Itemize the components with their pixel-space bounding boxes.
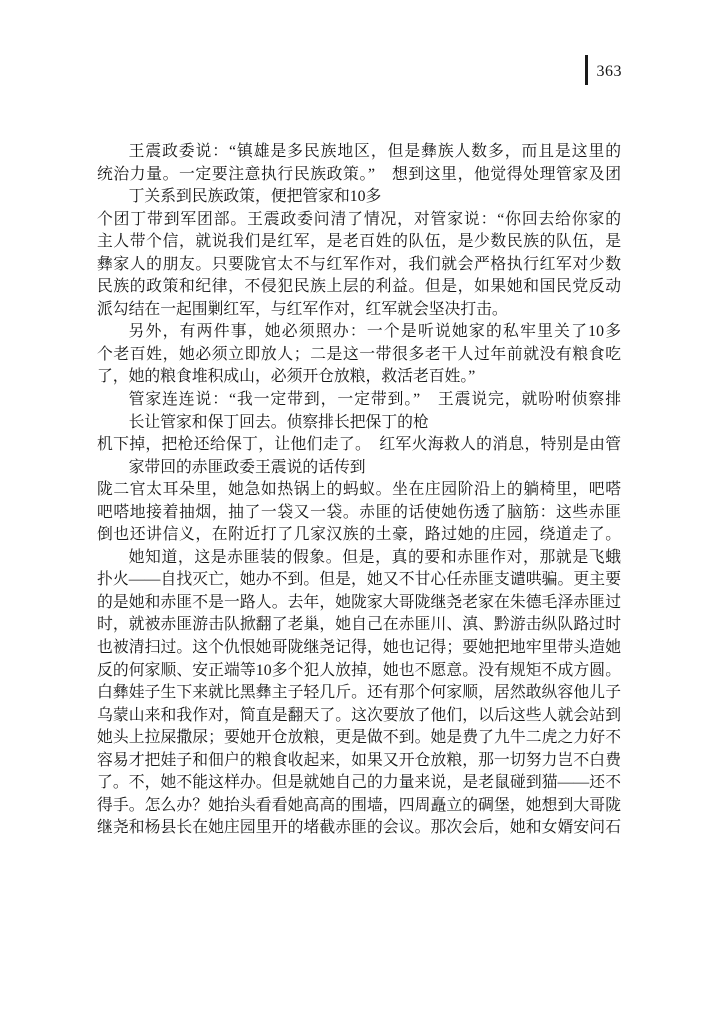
text-line: 管家连连说：“我一定带到，一定带到。” 王震说完，就吩咐侦察排 (97, 389, 621, 412)
text-line: 得手。怎么办？她抬头看看她高高的围墙，四周矗立的碉堡，她想到大哥陇 (97, 795, 621, 818)
text-line: 民族的政策和纪律，不侵犯民族上层的利益。但是，如果她和国民党反动 (97, 276, 621, 299)
text-line: 扑火——自找灭亡，她办不到。但是，她又不甘心任赤匪支谴哄骗。更主要 (97, 569, 621, 592)
text-line: 丁关系到民族政策，便把管家和10多 (97, 186, 621, 209)
text-line: 个团丁带到军团部。王震政委问清了情况，对管家说：“你回去给你家的 (97, 209, 621, 232)
text-line: 也被清扫过。这个仇恨她哥陇继尧记得，她也记得；要她把地牢里带头造她 (97, 637, 621, 660)
text-line: 继尧和杨县长在她庄园里开的堵截赤匪的会议。那次会后，她和女婿安问石 (97, 817, 621, 840)
text-line: 了，她的粮食堆积成山，必须开仓放粮，救活老百姓。” (97, 366, 621, 389)
text-line: 个老百姓，她必须立即放人；二是这一带很多老干人过年前就没有粮食吃 (97, 344, 621, 367)
page-number: 363 (588, 59, 623, 81)
text-line: 的是她和赤匪不是一路人。去年，她陇家大哥陇继尧老家在朱德毛泽赤匪过 (97, 592, 621, 615)
text-line: 了。不，她不能这样办。但是就她自己的力量来说，是老鼠碰到猫——还不 (97, 772, 621, 795)
text-line: 倒也还讲信义，在附近打了几家汉族的土豪，路过她的庄园，绕道走了。 (97, 524, 621, 547)
text-line: 反的何家顺、安正端等10多个犯人放掉，她也不愿意。没有规矩不成方圆。 (97, 660, 621, 683)
text-line: 派勾结在一起围剿红军，与红军作对，红军就会坚决打击。 (97, 299, 621, 322)
text-line: 她知道，这是赤匪装的假象。但是，真的要和赤匪作对，那就是飞蛾 (97, 547, 621, 570)
text-line: 长让管家和保丁回去。侦察排长把保丁的枪 (97, 412, 621, 435)
text-line: 彝家人的朋友。只要陇官太不与红军作对，我们就会严格执行红军对少数 (97, 254, 621, 277)
text-line: 时，就被赤匪游击队掀翻了老巢，她自己在赤匪川、滇、黔游击纵队路过时 (97, 614, 621, 637)
text-line: 吧嗒地接着抽烟，抽了一袋又一袋。赤匪的话使她伤透了脑筋：这些赤匪 (97, 502, 621, 525)
page-number-block: 363 (585, 55, 622, 85)
text-line: 她头上拉屎撒尿；要她开仓放粮，更是做不到。她是费了九牛二虎之力好不 (97, 727, 621, 750)
text-line: 主人带个信，就说我们是红军，是老百姓的队伍，是少数民族的队伍，是 (97, 231, 621, 254)
text-line: 另外，有两件事，她必须照办：一个是听说她家的私牢里关了10多 (97, 321, 621, 344)
text-line: 陇二官太耳朵里，她急如热锅上的蚂蚁。坐在庄园阶沿上的躺椅里，吧嗒 (97, 479, 621, 502)
text-line: 王震政委说：“镇雄是多民族地区，但是彝族人数多，而且是这里的 (97, 141, 621, 164)
text-line: 机下掉，把枪还给保丁，让他们走了。 红军火海救人的消息，特别是由管 (97, 434, 621, 457)
text-line: 家带回的赤匪政委王震说的话传到 (97, 457, 621, 480)
page-body-text: 王震政委说：“镇雄是多民族地区，但是彝族人数多，而且是这里的 统治力量。一定要注… (97, 141, 621, 840)
text-line: 统治力量。一定要注意执行民族政策。” 想到这里，他觉得处理管家及团 (97, 164, 621, 187)
text-line: 容易才把娃子和佃户的粮食收起来，如果又开仓放粮，那一切努力岂不白费 (97, 750, 621, 773)
text-line: 乌蒙山来和我作对，简直是翻天了。这次要放了他们，以后这些人就会站到 (97, 705, 621, 728)
text-line: 白彝娃子生下来就比黑彝主子轻几斤。还有那个何家顺，居然敢纵容他儿子 (97, 682, 621, 705)
